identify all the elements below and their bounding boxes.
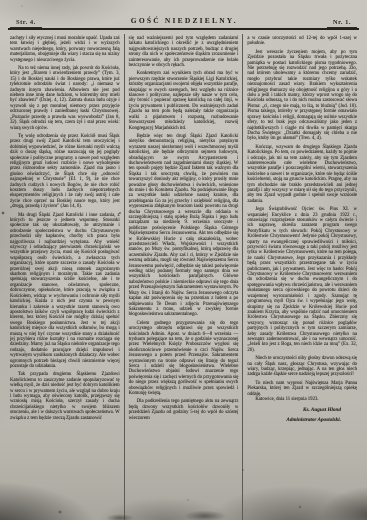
text-column-1: zachęty i siły etycznej i musi moralnie … — [6, 34, 124, 520]
paragraph: Konkretnym zaś wynikiem tych obrad ma by… — [129, 71, 239, 130]
paragraph: Tak przypada drugiemu Śląskiemu Zjazdowi… — [10, 372, 120, 421]
paragraph: Tę wolę odrodzenia się przez Kościół mus… — [10, 134, 120, 210]
paragraph: się nad ważniejszemi pod tym względem za… — [129, 36, 239, 68]
paragraph: To niech nam wyprosi Najświętsza Marja P… — [247, 381, 357, 397]
paragraph: Kończąc, wzywam do drugiego Śląskiego Zj… — [247, 145, 357, 204]
signature-title: Administrator Apostolski. — [247, 417, 341, 424]
page-number: Str. 4. — [10, 19, 42, 28]
paragraph: a w czasie uroczystości od 12-tej do wpó… — [247, 36, 357, 47]
paragraph: Ma drugi Śląski Zjazd Katolicki i inne z… — [10, 213, 120, 370]
text-column-2: się nad ważniejszemi pod tym względem za… — [124, 34, 243, 520]
paragraph: zachęty i siły etycznej i musi moralnie … — [10, 36, 120, 63]
paragraph: Celem godnego przygotowania się do tego … — [129, 321, 239, 397]
signature-block: Ks. August Hlond Administrator Apostolsk… — [247, 407, 357, 423]
paragraph: Na to też niema innej rady, jak powrót d… — [10, 66, 120, 131]
page-header: Str. 4. GOŚĆ NIEDZIELNY. Nr. 1. — [8, 16, 359, 30]
issue-number: Nr. 1. — [327, 19, 357, 28]
article-body: zachęty i siły etycznej i musi moralnie … — [6, 34, 361, 520]
paragraph: Dla podkreślenia tego pamiętnego aktu na… — [129, 399, 239, 421]
paragraph: Będzie więc ten drugi Śląski Zjazd Katol… — [129, 134, 239, 318]
masthead-title: GOŚĆ NIEDZIELNY. — [131, 16, 238, 26]
signature-name: Ks. August Hlond — [247, 407, 341, 414]
text-column-3: a w czasie uroczystości od 12-tej do wpó… — [242, 34, 361, 520]
column-3-paragraphs: a w czasie uroczystości od 12-tej do wpó… — [247, 36, 357, 397]
paragraph: Niech te uroczystości niby głośny dzwon … — [247, 356, 357, 378]
dateline: Katowice, dnia 11 sierpnia 1923. — [247, 397, 357, 402]
paragraph: Jego Świątobliwość Ojciec św. Pius XI. w… — [247, 207, 357, 353]
paragraph: Jest wreszcie życzeniem mojem, aby po ty… — [247, 50, 357, 142]
newspaper-page: Str. 4. GOŚĆ NIEDZIELNY. Nr. 1. zachęty … — [0, 0, 367, 520]
